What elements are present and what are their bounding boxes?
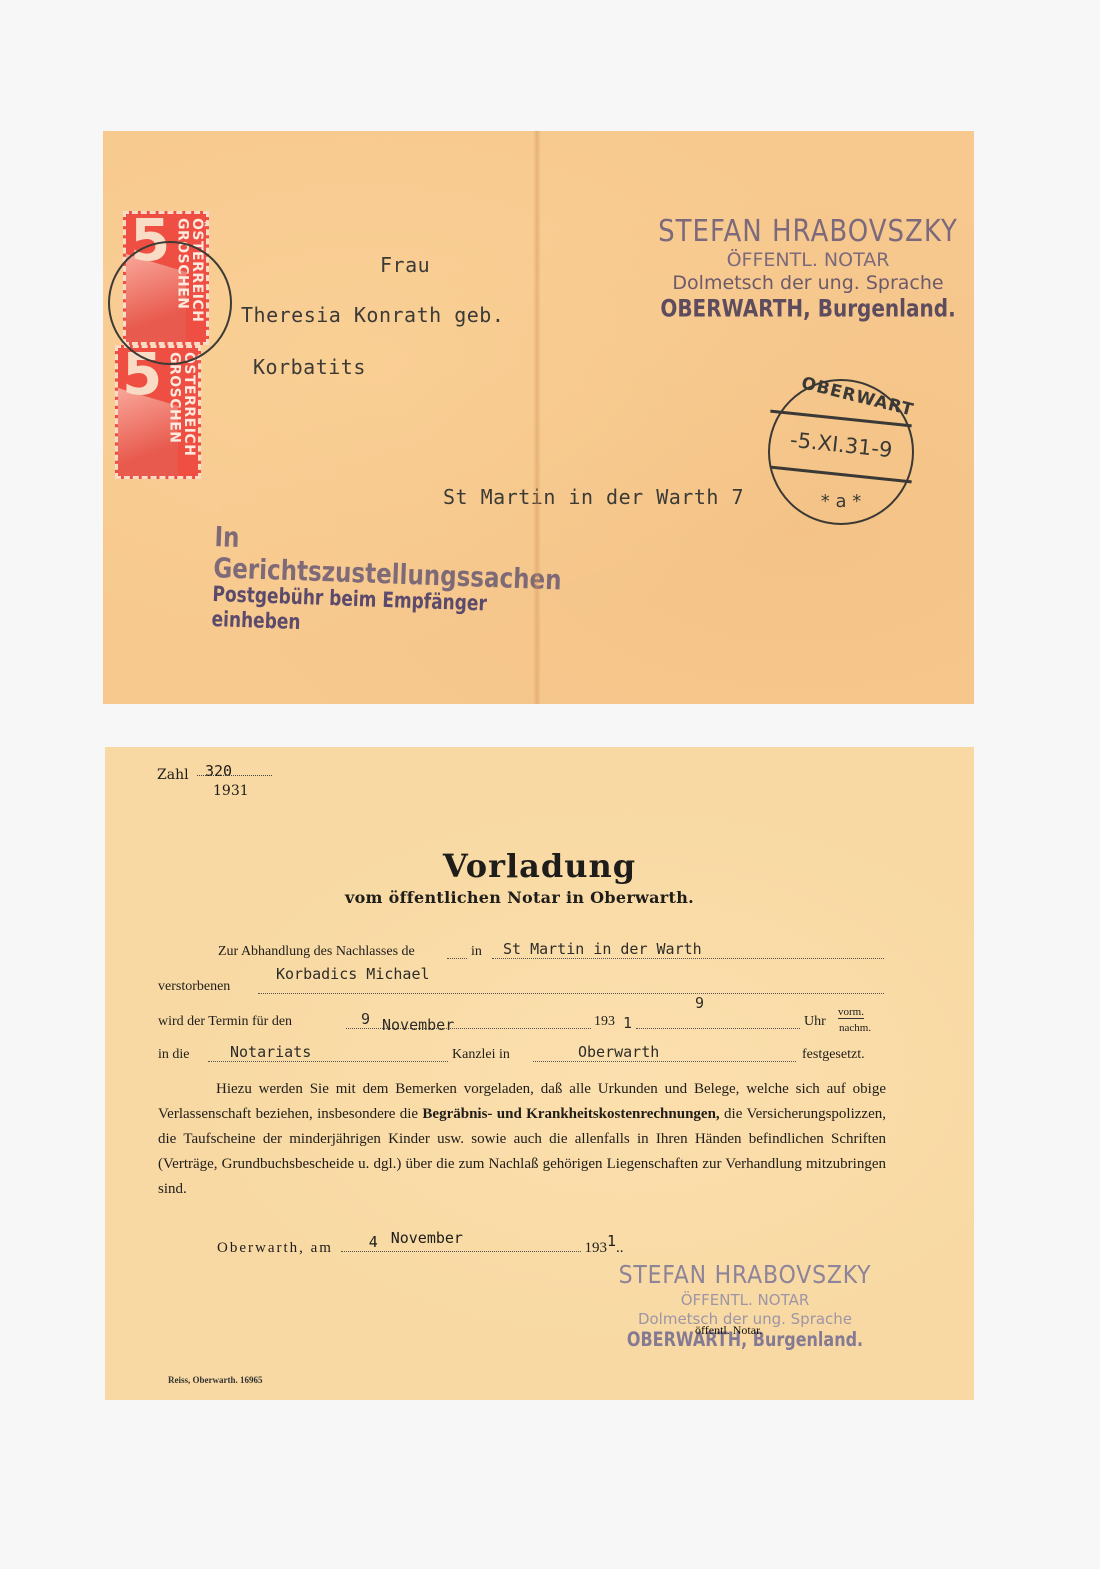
- recipient-address: St Martin in der Warth 7: [443, 485, 744, 509]
- envelope-scan: 5 ÖSTERREICH GROSCHEN 5 ÖSTERREICH GROSC…: [103, 131, 974, 704]
- am-option: vorm.: [838, 1006, 864, 1019]
- document-subtitle: vom öffentlichen Notar in Oberwarth.: [105, 888, 934, 907]
- deceased-name: Korbadics Michael: [276, 965, 430, 983]
- recipient-name: Theresia Konrath geb.: [241, 303, 504, 327]
- place-date-line: Oberwarth, am 4 November 1931..: [217, 1237, 624, 1257]
- court-delivery-stamp: In Gerichtszustellungssachen Postgebühr …: [211, 527, 544, 638]
- emphasized-text: Begräbnis- und Krankheitskostenrechnunge…: [422, 1106, 719, 1122]
- signature-label: öffentl. Notar.: [695, 1323, 762, 1338]
- postage-stamp: 5 ÖSTERREICH GROSCHEN: [115, 345, 201, 479]
- postage-stamps: 5 ÖSTERREICH GROSCHEN 5 ÖSTERREICH GROSC…: [113, 211, 223, 496]
- issue-year-digit: 1: [607, 1232, 616, 1250]
- reference-number: Zahl 320 1931: [157, 767, 189, 783]
- recipient-maiden-name: Korbatits: [253, 355, 366, 379]
- reference-year: 1931: [213, 783, 249, 799]
- postmark-date: -5.XI.31-9: [789, 428, 893, 463]
- stamp-text: ÖSTERREICH GROSCHEN: [167, 352, 196, 476]
- appointment-year-digit: 1: [623, 1014, 632, 1032]
- appointment-month: November: [382, 1016, 454, 1034]
- pm-option: nachm.: [839, 1022, 871, 1034]
- recipient-salutation: Frau: [380, 253, 430, 277]
- issue-day: 4: [369, 1233, 378, 1251]
- cancellation-postmark-icon: [108, 241, 232, 365]
- printer-imprint: Reiss, Oberwarth. 16965: [168, 1375, 263, 1385]
- appointment-day: 9: [361, 1010, 370, 1028]
- office-type: Notariats: [230, 1043, 311, 1061]
- summons-letter-scan: Zahl 320 1931 Vorladung vom öffentlichen…: [105, 747, 974, 1400]
- reference-number-value: 320: [205, 762, 232, 780]
- oberwart-postmark: OBERWART -5.XI.31-9 * a *: [768, 379, 914, 525]
- instructions-paragraph: Hiezu werden Sie mit dem Bemerken vorgel…: [158, 1077, 886, 1202]
- document-title: Vorladung: [105, 847, 974, 885]
- appointment-hour: 9: [695, 994, 704, 1012]
- sender-notary-stamp: STEFAN HRABOVSZKY ÖFFENTL. NOTAR Dolmets…: [643, 216, 973, 321]
- estate-place: St Martin in der Warth: [503, 940, 702, 958]
- office-city: Oberwarth: [578, 1043, 659, 1061]
- issue-month: November: [391, 1229, 463, 1247]
